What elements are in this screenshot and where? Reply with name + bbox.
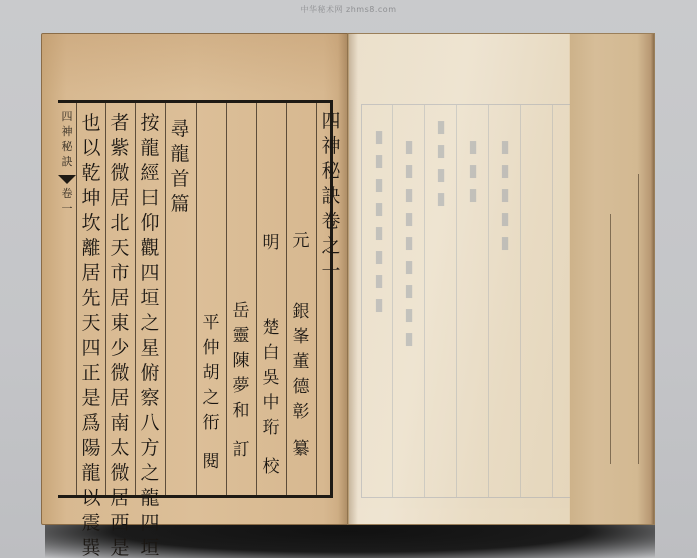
- char: 首: [170, 167, 189, 192]
- char: 紫: [110, 136, 129, 161]
- char: 居: [110, 286, 129, 311]
- leaf-rule: [638, 174, 639, 464]
- char: 北: [110, 211, 129, 236]
- char: 星: [140, 336, 159, 361]
- show-through-rule: [392, 105, 393, 497]
- banxin-char: 卷: [62, 186, 73, 201]
- char: 纂: [293, 437, 310, 462]
- char: 曰: [140, 186, 159, 211]
- banxin-char: 秘: [62, 139, 73, 154]
- show-through-text: ▮▮▮▮: [430, 115, 452, 211]
- char: 和: [233, 399, 250, 424]
- char: 篇: [170, 192, 189, 217]
- show-through-rule: [552, 105, 553, 497]
- char: 平: [203, 311, 220, 336]
- char: 微: [110, 461, 129, 486]
- char: 龍: [140, 136, 159, 161]
- char: 峯: [293, 325, 310, 350]
- editor-column: 岳 靈 陳 夢 和 訂: [227, 299, 255, 463]
- text-column: 按 龍 經 曰 仰 觀 四 垣 之 星 俯 察 八 方 之 龍 四 垣: [136, 111, 164, 558]
- char: 經: [140, 161, 159, 186]
- banxin-char: 神: [62, 124, 73, 139]
- char: 白: [263, 341, 280, 366]
- char: 龍: [170, 142, 189, 167]
- char: 垣: [140, 536, 159, 558]
- show-through-rule: [456, 105, 457, 497]
- char: 是: [110, 536, 129, 558]
- char: 靈: [233, 324, 250, 349]
- page-stain: [42, 34, 348, 94]
- char: 閱: [203, 450, 220, 475]
- char: 居: [110, 186, 129, 211]
- char: 天: [110, 236, 129, 261]
- char: 居: [81, 261, 100, 286]
- char: 天: [81, 311, 100, 336]
- book-gutter: [338, 33, 358, 525]
- banxin-column: 四 神 秘 訣 卷 一: [58, 103, 76, 495]
- char: 德: [293, 375, 310, 400]
- print-frame: 四 神 秘 訣 卷 一 也 以 乾 坤 坎 離 居 先 天 四: [58, 100, 333, 498]
- show-through-frame: ▮▮▮▮▮▮▮▮ ▮▮▮▮▮▮▮▮▮ ▮▮▮▮ ▮▮▮ ▮▮▮▮▮: [361, 104, 570, 498]
- char: 衎: [203, 411, 220, 436]
- char: 坤: [81, 186, 100, 211]
- char: 察: [140, 386, 159, 411]
- next-leaf-edge: [570, 34, 654, 524]
- char: 東: [110, 311, 129, 336]
- char: 訂: [233, 438, 250, 463]
- char: 胡: [203, 361, 220, 386]
- char: 觀: [140, 236, 159, 261]
- show-through-text: ▮▮▮▮▮▮▮▮: [368, 125, 390, 317]
- char: 離: [81, 236, 100, 261]
- char: 仰: [140, 211, 159, 236]
- reviewer-column: 平 仲 胡 之 衎 閱: [197, 311, 225, 475]
- char: 方: [140, 436, 159, 461]
- char: 微: [110, 161, 129, 186]
- char: 元: [293, 229, 310, 254]
- text-column: 也 以 乾 坤 坎 離 居 先 天 四 正 是 爲 陽 龍 以 震 巽: [77, 111, 105, 558]
- char: 之: [203, 386, 220, 411]
- chapter-title-column: 尋 龍 首 篇: [166, 117, 194, 217]
- char: 楚: [263, 316, 280, 341]
- char: 先: [81, 286, 100, 311]
- right-page: ▮▮▮▮▮▮▮▮ ▮▮▮▮▮▮▮▮▮ ▮▮▮▮ ▮▮▮ ▮▮▮▮▮: [347, 33, 655, 525]
- char: 陳: [233, 349, 250, 374]
- proofreader-column: 明 楚 白 吳 中 珩 校: [257, 231, 285, 480]
- char: 吳: [263, 366, 280, 391]
- char: 四: [81, 336, 100, 361]
- char: 乾: [81, 161, 100, 186]
- char: 珩: [263, 416, 280, 441]
- char: 八: [140, 411, 159, 436]
- char: 仲: [203, 336, 220, 361]
- char: 龍: [81, 461, 100, 486]
- char: 以: [81, 136, 100, 161]
- char: 俯: [140, 361, 159, 386]
- char: 按: [140, 111, 159, 136]
- show-through-rule: [488, 105, 489, 497]
- char: 陽: [81, 436, 100, 461]
- show-through-text: ▮▮▮: [462, 135, 484, 207]
- char: 太: [110, 436, 129, 461]
- char: 四: [140, 511, 159, 536]
- char: 龍: [140, 486, 159, 511]
- banxin-char: 訣: [62, 154, 73, 169]
- char: 中: [263, 391, 280, 416]
- char: 校: [263, 455, 280, 480]
- char: 西: [110, 511, 129, 536]
- char: 居: [110, 386, 129, 411]
- char: 之: [140, 461, 159, 486]
- char: 岳: [233, 299, 250, 324]
- char: 震: [81, 511, 100, 536]
- char: 之: [140, 311, 159, 336]
- char: 市: [110, 261, 129, 286]
- show-through-text: ▮▮▮▮▮: [494, 135, 516, 255]
- char: 明: [263, 231, 280, 256]
- char: 尋: [170, 117, 189, 142]
- char: 銀: [293, 300, 310, 325]
- compiler-column: 元 銀 峯 董 德 彰 纂: [287, 229, 315, 462]
- show-through-text: ▮▮▮▮▮▮▮▮▮: [398, 135, 420, 351]
- show-through-rule: [424, 105, 425, 497]
- char: 是: [81, 386, 100, 411]
- left-page: 四 神 秘 訣 卷 一 也 以 乾 坤 坎 離 居 先 天 四: [41, 33, 349, 525]
- protective-tissue-sheet: ▮▮▮▮▮▮▮▮ ▮▮▮▮▮▮▮▮▮ ▮▮▮▮ ▮▮▮ ▮▮▮▮▮: [349, 34, 569, 524]
- char: 坎: [81, 211, 100, 236]
- char: 巽: [81, 536, 100, 558]
- banxin-char: 一: [62, 201, 73, 216]
- char: 少: [110, 336, 129, 361]
- char: 以: [81, 486, 100, 511]
- char: 微: [110, 361, 129, 386]
- char: 南: [110, 411, 129, 436]
- show-through-rule: [520, 105, 521, 497]
- char: 垣: [140, 286, 159, 311]
- char: 居: [110, 486, 129, 511]
- char: 四: [140, 261, 159, 286]
- char: 董: [293, 350, 310, 375]
- text-column: 者 紫 微 居 北 天 市 居 東 少 微 居 南 太 微 居 西 是: [106, 111, 134, 558]
- char: 也: [81, 111, 100, 136]
- watermark: 中华秘术网 zhms8.com: [0, 4, 697, 15]
- fishtail-mark-icon: [58, 175, 76, 184]
- char: 夢: [233, 374, 250, 399]
- char: 彰: [293, 400, 310, 425]
- char: 正: [81, 361, 100, 386]
- banxin-char: 四: [62, 109, 73, 124]
- char: 爲: [81, 411, 100, 436]
- leaf-rule: [610, 214, 611, 464]
- char: 者: [110, 111, 129, 136]
